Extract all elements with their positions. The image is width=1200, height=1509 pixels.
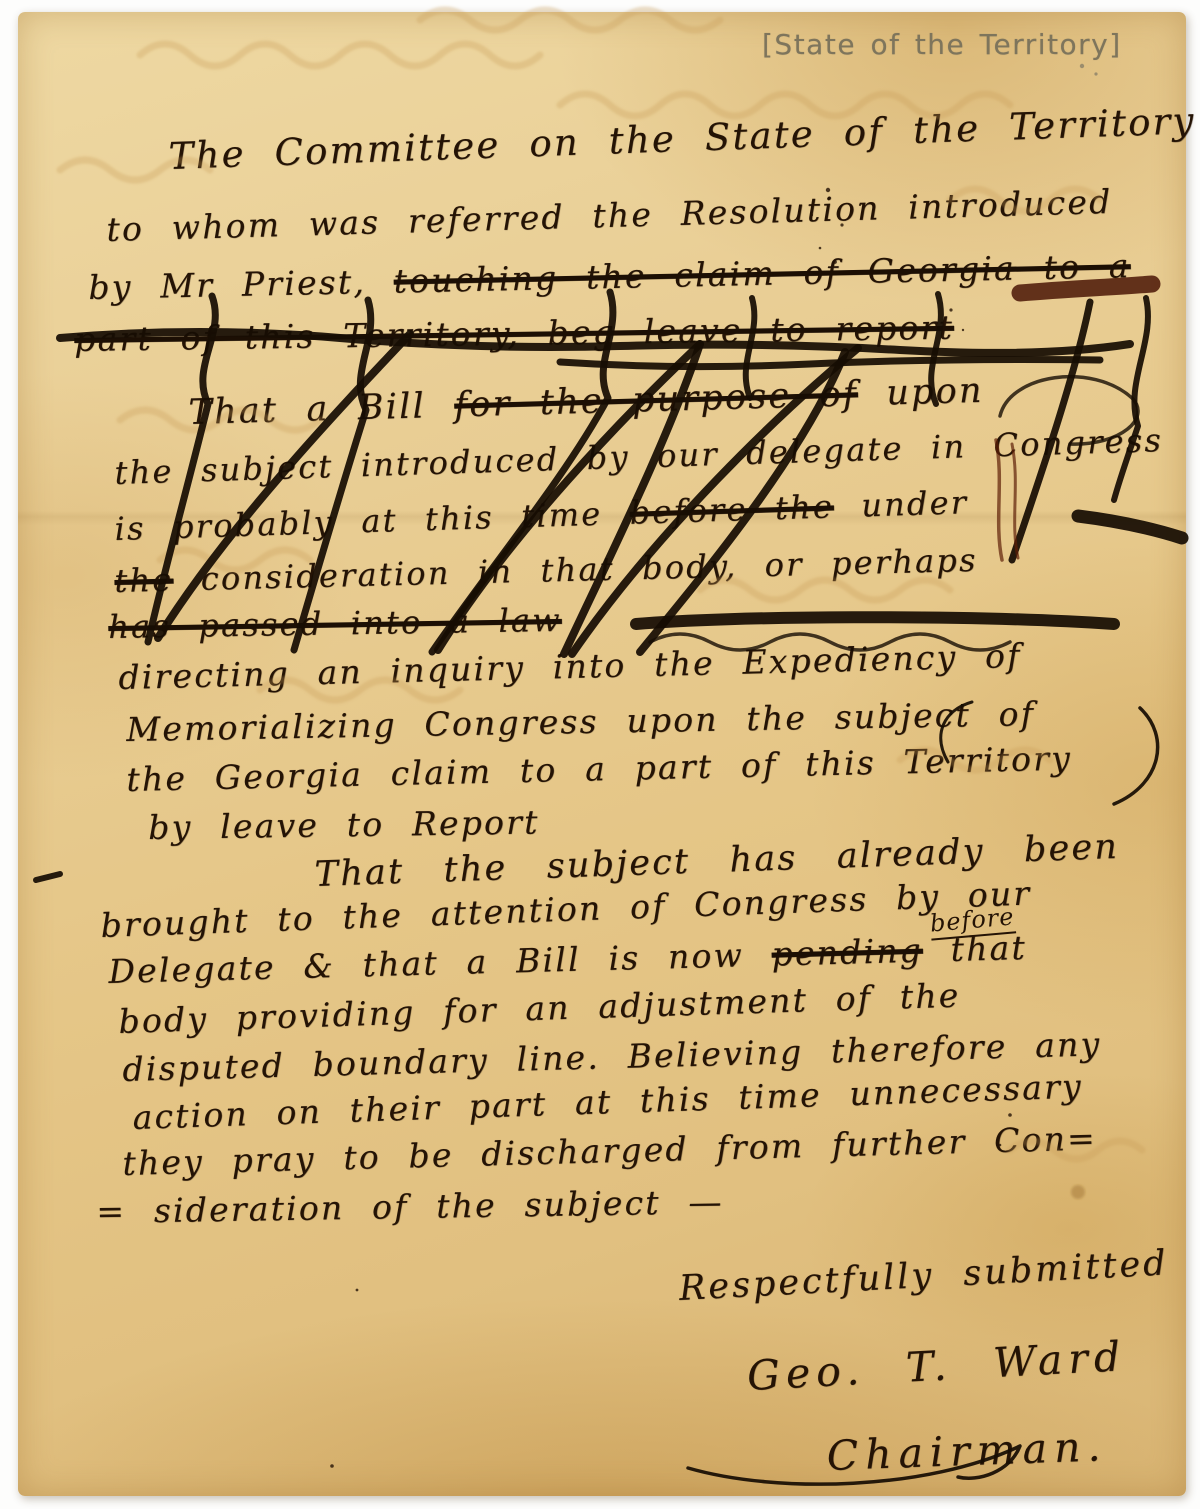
text-segment: Geo. T. Ward: [746, 1332, 1127, 1400]
text-segment: The Committee on the State of the Territ…: [168, 99, 1196, 178]
text-segment: under: [833, 483, 968, 525]
manuscript-line: directing an inquiry into the Expediency…: [118, 638, 1022, 696]
struck-text-segment: part of this Territory, beg leave to rep…: [74, 308, 954, 359]
struck-text-segment: before the: [629, 487, 834, 531]
text-segment: by leave to Report: [148, 803, 540, 847]
manuscript-scan: [State of the Territory] The Committee o…: [0, 0, 1200, 1509]
struck-text-segment: touching the claim of Georgia to a: [393, 246, 1131, 300]
text-segment: Respectfully submitted: [678, 1243, 1170, 1309]
manuscript-line: the subject introduced by our delegate i…: [114, 423, 1164, 491]
manuscript-line: by leave to Report: [148, 805, 540, 847]
manuscript-line: part of this Territory, beg leave to rep…: [74, 310, 954, 359]
signature-closing: Respectfully submitted: [678, 1244, 1169, 1308]
manuscript-line: is probably at this time before the unde…: [114, 485, 969, 547]
manuscript-line: has passed into a law: [108, 603, 562, 645]
struck-text-segment: the: [114, 561, 174, 600]
struck-text-segment: for the purpose of: [454, 374, 859, 425]
signature-name: Geo. T. Ward: [746, 1334, 1127, 1399]
text-segment: Delegate & that a Bill is now: [108, 935, 772, 991]
struck-text-segment: pending: [771, 931, 923, 974]
archival-pencil-annotation: [State of the Territory]: [762, 28, 1122, 61]
text-segment: Memorializing Congress upon the subject …: [126, 694, 1035, 749]
struck-text-segment: has passed into a law: [108, 601, 562, 646]
text-segment: by Mr Priest,: [88, 262, 394, 307]
text-segment: upon: [857, 371, 984, 414]
text-segment: = sideration of the subject —: [96, 1182, 724, 1231]
manuscript-line: = sideration of the subject —: [96, 1184, 724, 1230]
manuscript-line: to whom was referred the Resolution intr…: [106, 184, 1113, 248]
text-segment: the Georgia claim to a part of this Terr…: [126, 739, 1072, 799]
document-paper: [State of the Territory] The Committee o…: [18, 12, 1186, 1496]
text-segment: Chairman.: [826, 1422, 1108, 1480]
text-segment: the subject introduced by our delegate i…: [114, 421, 1164, 492]
text-segment: That a Bill: [188, 386, 455, 433]
manuscript-line: the Georgia claim to a part of this Terr…: [126, 741, 1072, 799]
text-segment: is probably at this time: [114, 494, 630, 548]
manuscript-line: That a Bill for the purpose of upon: [188, 372, 984, 433]
manuscript-line: Memorializing Congress upon the subject …: [126, 696, 1035, 748]
text-segment: to whom was referred the Resolution intr…: [106, 182, 1113, 249]
text-segment: consideration in that body, or perhaps: [173, 541, 978, 599]
manuscript-line: the consideration in that body, or perha…: [114, 543, 978, 599]
signature-title: Chairman.: [826, 1424, 1108, 1479]
text-segment: directing an inquiry into the Expediency…: [118, 636, 1022, 697]
manuscript-line: The Committee on the State of the Territ…: [168, 101, 1196, 178]
manuscript-line: by Mr Priest, touching the claim of Geor…: [88, 248, 1131, 306]
